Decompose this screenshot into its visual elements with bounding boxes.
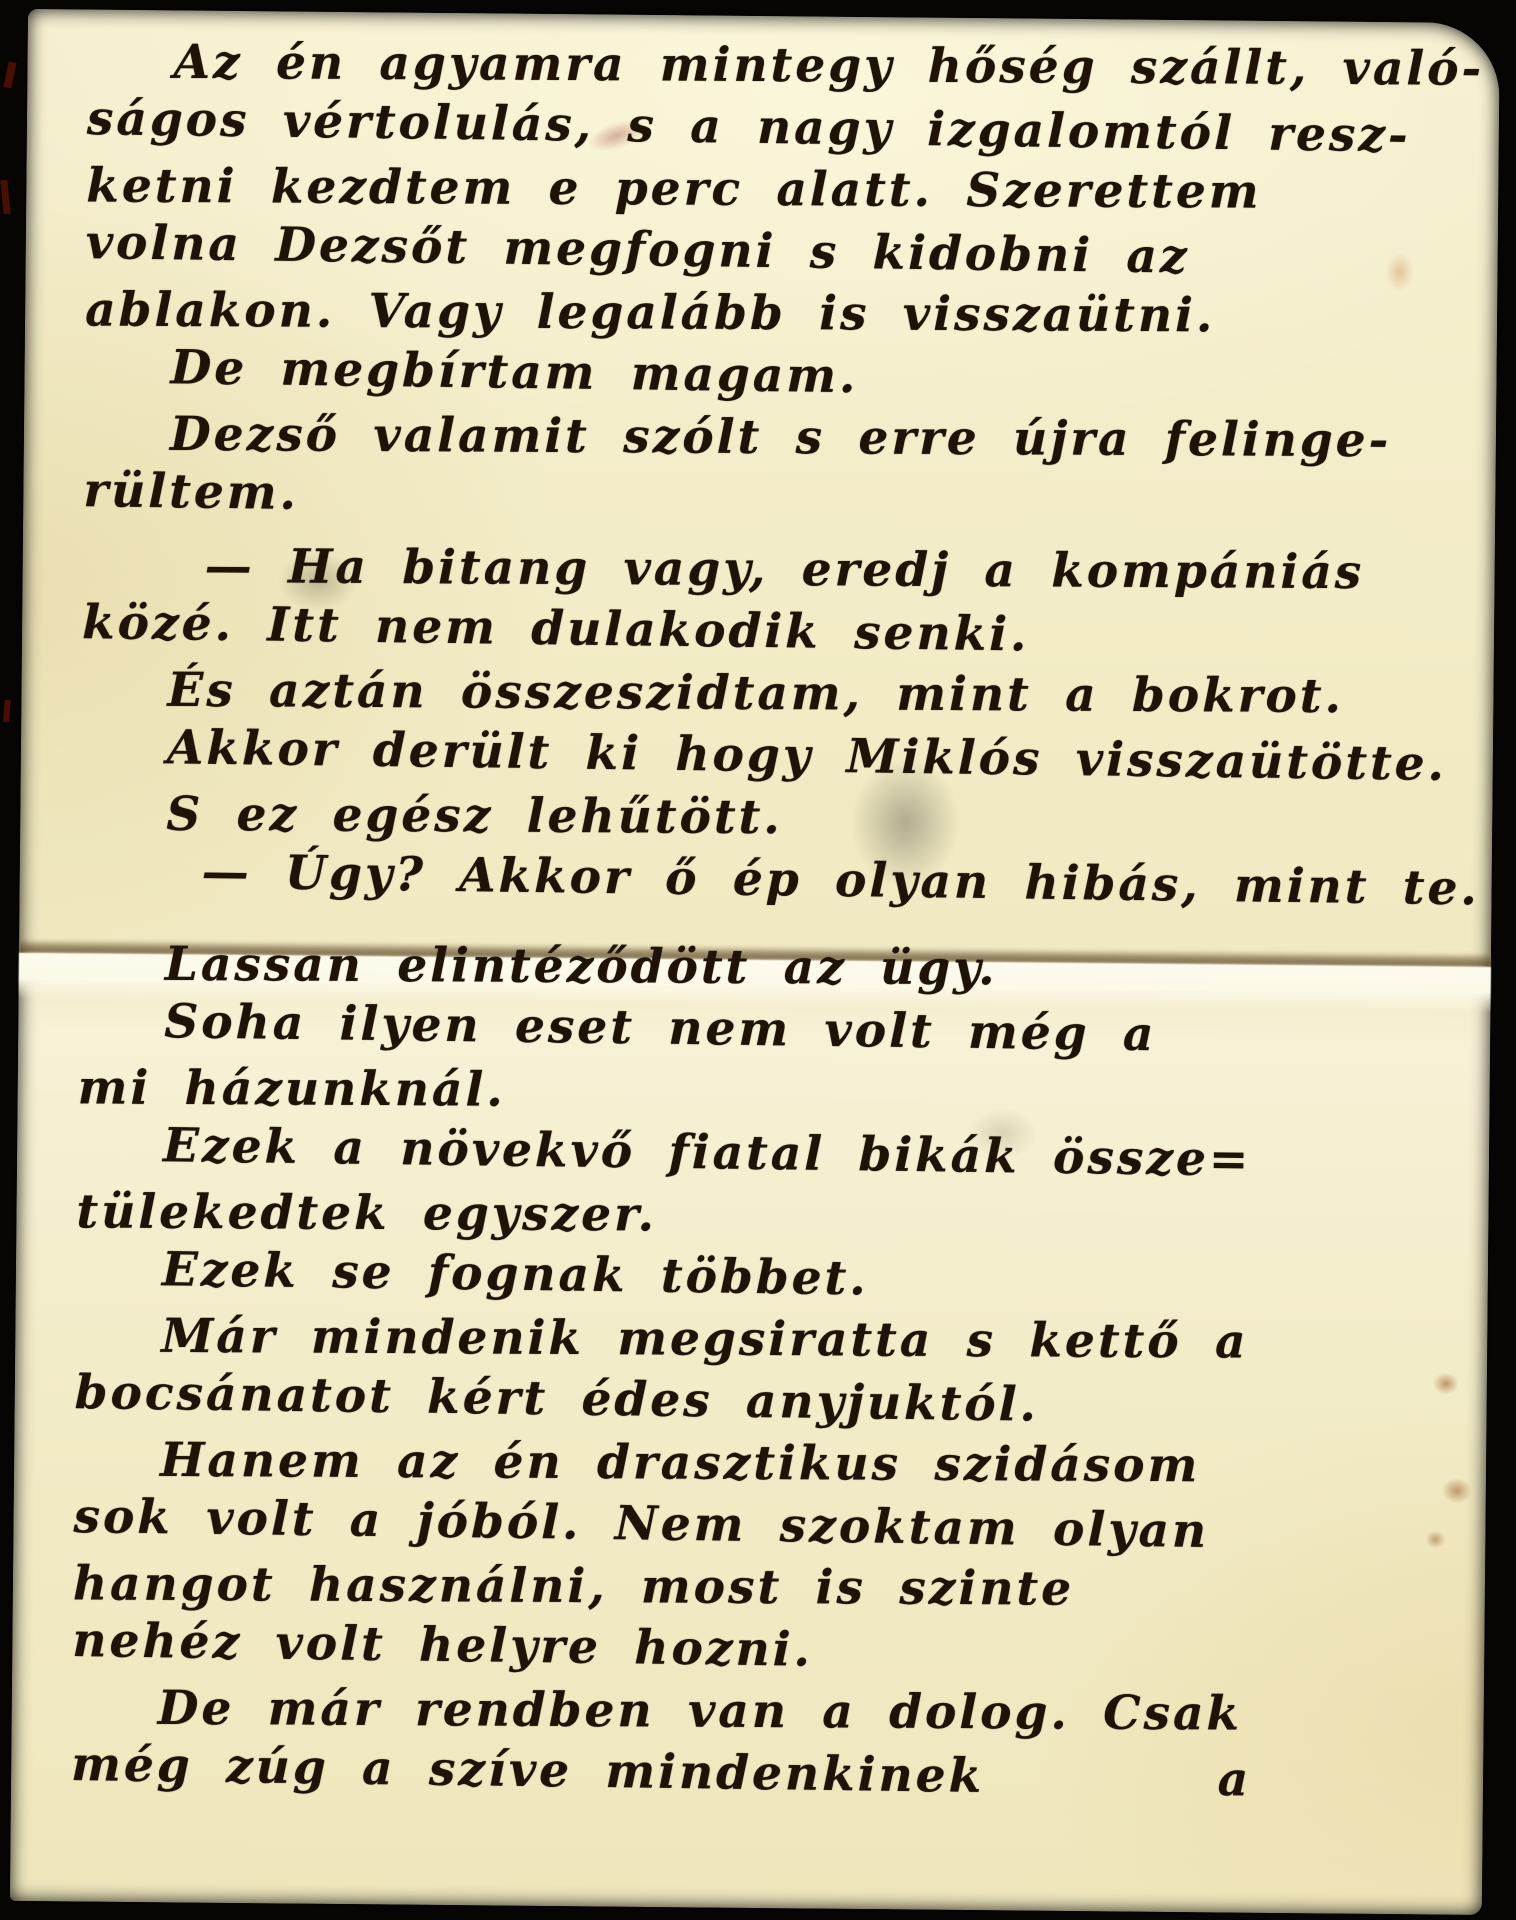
handwriting-line: — Úgy? Akkor ő ép olyan hibás, mint te. <box>53 841 1468 922</box>
scanned-letter-page: { "document": { "kind": "handwritten-let… <box>0 0 1516 1920</box>
scanner-edge-red-mark <box>0 180 11 215</box>
handwriting-line: rültem. <box>57 461 1472 542</box>
letter-body: Az én agyamra mintegy hőség szállt, való… <box>45 29 1476 1812</box>
letter-paper: Az én agyamra mintegy hőség szállt, való… <box>10 9 1500 1915</box>
handwriting-line: még zúg a szíve mindenkinek a <box>45 1735 1460 1816</box>
scanner-edge-red-mark <box>3 700 11 722</box>
scanner-edge-red-mark <box>3 61 16 88</box>
